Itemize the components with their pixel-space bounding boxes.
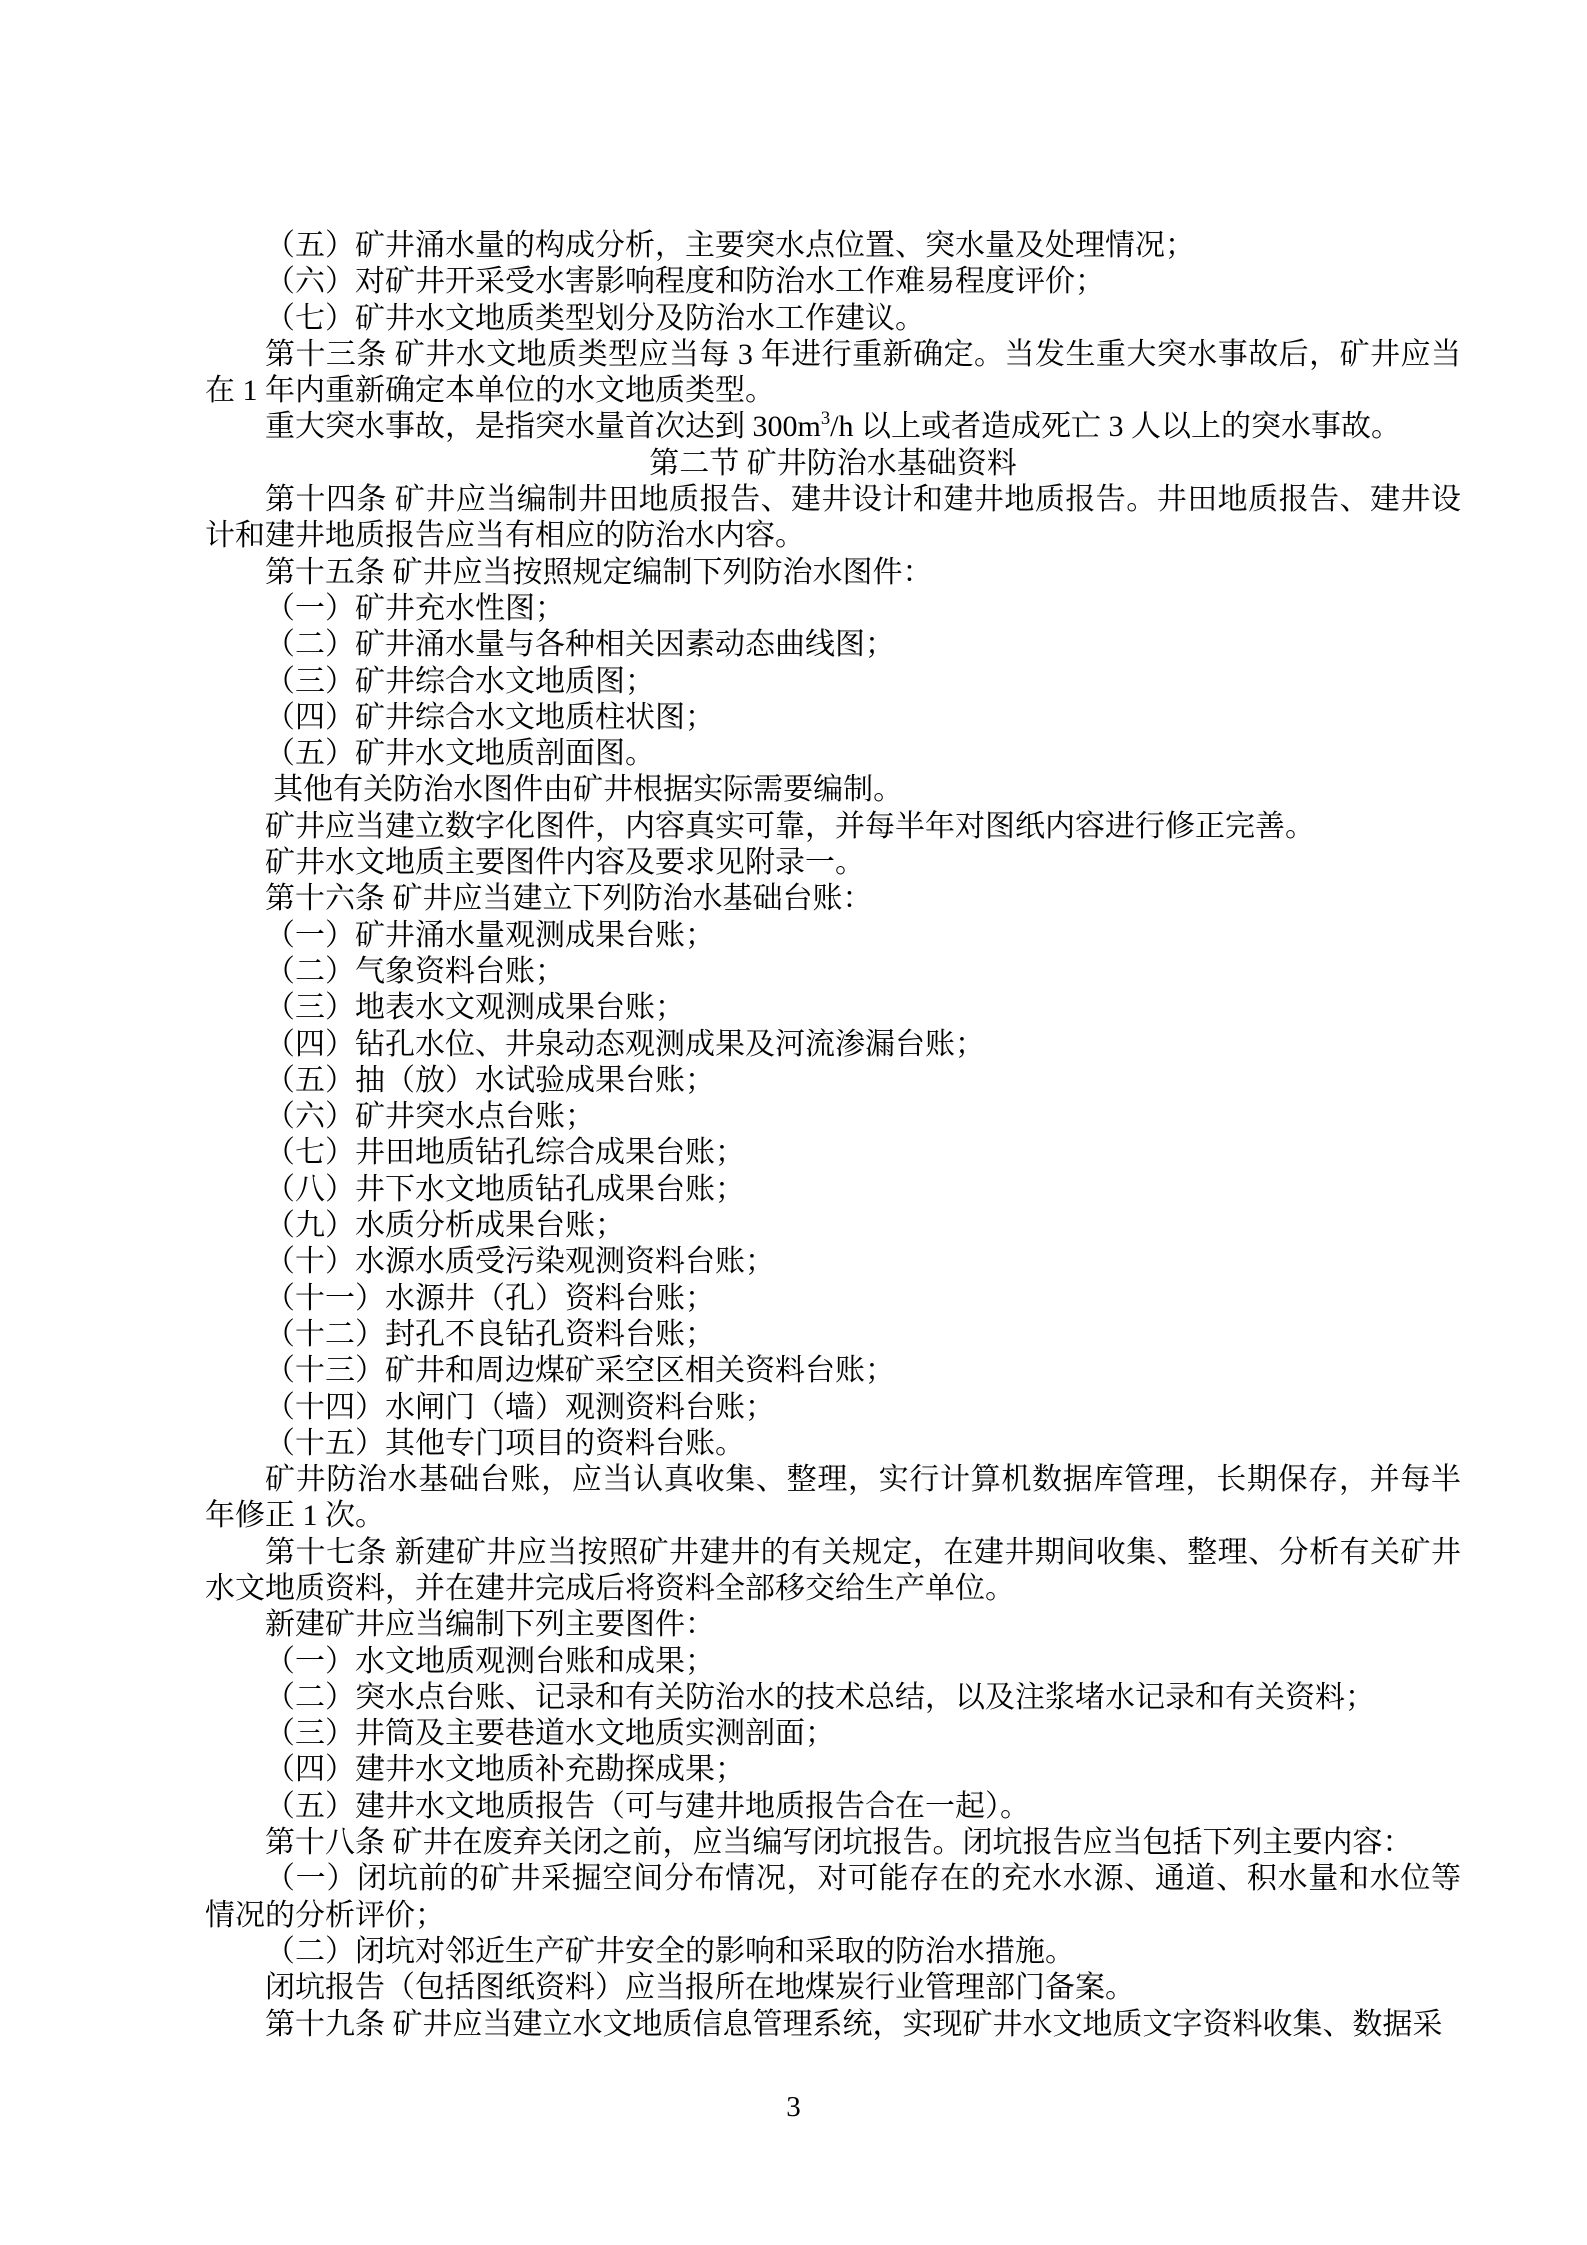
list-item: （五）建井水文地质报告（可与建井地质报告合在一起）。: [205, 1789, 1461, 1825]
list-item: （十三）矿井和周边煤矿采空区相关资料台账；: [205, 1353, 1461, 1389]
list-item: （十二）封孔不良钻孔资料台账；: [205, 1317, 1461, 1353]
list-item: （三）井筒及主要巷道水文地质实测剖面；: [205, 1716, 1461, 1752]
body-paragraph: 矿井水文地质主要图件内容及要求见附录一。: [205, 845, 1461, 881]
article-clause: 第十四条 矿井应当编制井田地质报告、建井设计和建井地质报告。井田地质报告、建井设…: [205, 482, 1461, 555]
list-item: （五）抽（放）水试验成果台账；: [205, 1063, 1461, 1099]
article-clause: 第十五条 矿井应当按照规定编制下列防治水图件：: [205, 555, 1461, 591]
article-clause: 第十三条 矿井水文地质类型应当每 3 年进行重新确定。当发生重大突水事故后，矿井…: [205, 337, 1461, 410]
list-item: （四）建井水文地质补充勘探成果；: [205, 1752, 1461, 1788]
text-segment: 重大突水事故，是指突水量首次达到 300m: [265, 410, 821, 443]
superscript: 3: [821, 408, 830, 429]
body-paragraph: 矿井防治水基础台账，应当认真收集、整理，实行计算机数据库管理，长期保存，并每半年…: [205, 1462, 1461, 1535]
list-item: （五）矿井涌水量的构成分析，主要突水点位置、突水量及处理情况；: [205, 228, 1461, 264]
list-item: （八）井下水文地质钻孔成果台账；: [205, 1172, 1461, 1208]
article-clause: 第十七条 新建矿井应当按照矿井建井的有关规定，在建井期间收集、整理、分析有关矿井…: [205, 1535, 1461, 1608]
list-item: （一）矿井充水性图；: [205, 591, 1461, 627]
text-segment: /h 以上或者造成死亡 3 人以上的突水事故。: [830, 410, 1401, 443]
body-paragraph: 闭坑报告（包括图纸资料）应当报所在地煤炭行业管理部门备案。: [205, 1970, 1461, 2006]
list-item: （七）矿井水文地质类型划分及防治水工作建议。: [205, 301, 1461, 337]
list-item: （一）水文地质观测台账和成果；: [205, 1644, 1461, 1680]
list-item: （三）地表水文观测成果台账；: [205, 990, 1461, 1026]
list-item: （九）水质分析成果台账；: [205, 1208, 1461, 1244]
article-clause: 第十八条 矿井在废弃关闭之前，应当编写闭坑报告。闭坑报告应当包括下列主要内容：: [205, 1825, 1461, 1861]
list-item: （二）矿井涌水量与各种相关因素动态曲线图；: [205, 627, 1461, 663]
article-clause: 第十六条 矿井应当建立下列防治水基础台账：: [205, 881, 1461, 917]
body-paragraph: 其他有关防治水图件由矿井根据实际需要编制。: [205, 772, 1461, 808]
section-title: 第二节 矿井防治水基础资料: [205, 446, 1461, 482]
list-item: （十五）其他专门项目的资料台账。: [205, 1426, 1461, 1462]
page-number: 3: [0, 2090, 1587, 2124]
list-item: （六）矿井突水点台账；: [205, 1099, 1461, 1135]
document-page: （五）矿井涌水量的构成分析，主要突水点位置、突水量及处理情况；（六）对矿井开采受…: [0, 0, 1587, 2245]
list-item: （十一）水源井（孔）资料台账；: [205, 1281, 1461, 1317]
list-item: （四）钻孔水位、井泉动态观测成果及河流渗漏台账；: [205, 1027, 1461, 1063]
list-item: （一）闭坑前的矿井采掘空间分布情况，对可能存在的充水水源、通道、积水量和水位等情…: [205, 1861, 1461, 1934]
article-clause: 第十九条 矿井应当建立水文地质信息管理系统，实现矿井水文地质文字资料收集、数据采: [205, 2007, 1461, 2043]
list-item: （三）矿井综合水文地质图；: [205, 664, 1461, 700]
list-item: （二）气象资料台账；: [205, 954, 1461, 990]
body-paragraph: 矿井应当建立数字化图件，内容真实可靠，并每半年对图纸内容进行修正完善。: [205, 809, 1461, 845]
list-item: （四）矿井综合水文地质柱状图；: [205, 700, 1461, 736]
list-item: （七）井田地质钻孔综合成果台账；: [205, 1135, 1461, 1171]
body-paragraph: 重大突水事故，是指突水量首次达到 300m3/h 以上或者造成死亡 3 人以上的…: [205, 409, 1461, 445]
list-item: （二）闭坑对邻近生产矿井安全的影响和采取的防治水措施。: [205, 1934, 1461, 1970]
document-body: （五）矿井涌水量的构成分析，主要突水点位置、突水量及处理情况；（六）对矿井开采受…: [205, 228, 1461, 2043]
list-item: （十四）水闸门（墙）观测资料台账；: [205, 1390, 1461, 1426]
list-item: （十）水源水质受污染观测资料台账；: [205, 1244, 1461, 1280]
list-item: （一）矿井涌水量观测成果台账；: [205, 918, 1461, 954]
list-item: （六）对矿井开采受水害影响程度和防治水工作难易程度评价；: [205, 264, 1461, 300]
body-paragraph: 新建矿井应当编制下列主要图件：: [205, 1607, 1461, 1643]
list-item: （二）突水点台账、记录和有关防治水的技术总结，以及注浆堵水记录和有关资料；: [205, 1680, 1461, 1716]
list-item: （五）矿井水文地质剖面图。: [205, 736, 1461, 772]
